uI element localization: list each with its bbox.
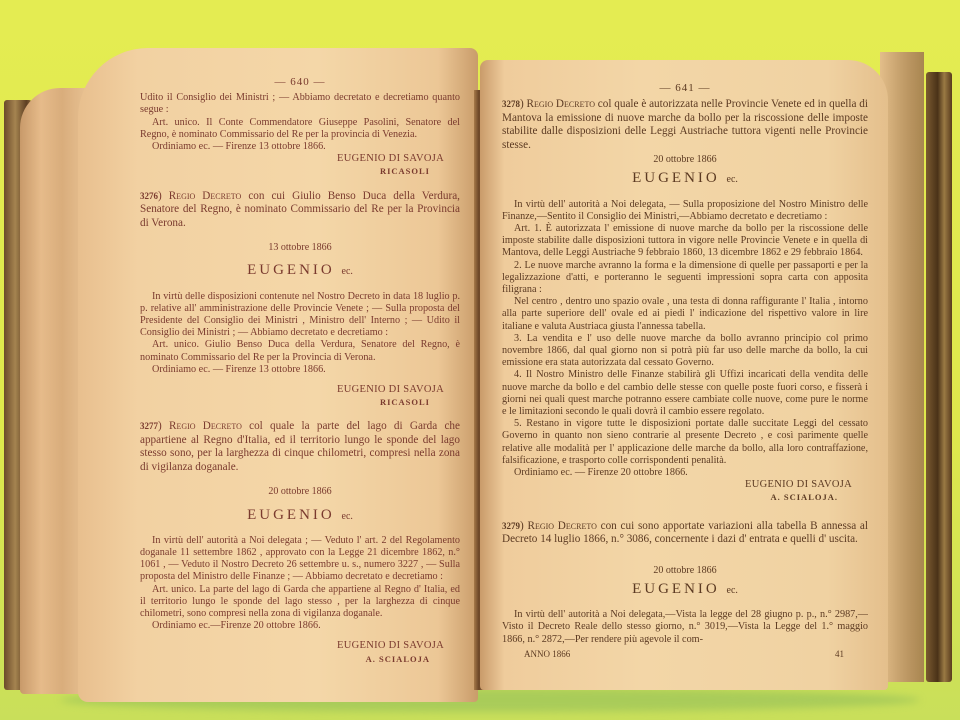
page-number-right: — 641 —: [502, 82, 868, 94]
footer-year: ANNO 1866: [524, 648, 570, 660]
open-book-photo: — 640 — Udito il Consiglio dei Ministri …: [0, 0, 960, 720]
decree-heading-3279: 3279) Regio Decreto con cui sono apporta…: [502, 520, 868, 547]
decree-date: 20 ottobre 1866: [502, 565, 868, 577]
right-page: — 641 — 3278) Regio Decreto col quale è …: [480, 60, 888, 690]
decree-preamble: In virtù dell' autorità a Noi delegata ;…: [140, 535, 460, 584]
decree-article: Art. unico. La parte del lago di Garda c…: [140, 584, 460, 621]
countersignature: A. SCIALOJA.: [502, 491, 838, 503]
signature: EUGENIO DI SAVOJA: [140, 640, 444, 652]
signature: EUGENIO DI SAVOJA: [502, 479, 852, 491]
decree-heading-3277: 3277) Regio Decreto col quale la parte d…: [140, 420, 460, 474]
decree-ordiniamo: Ordiniamo ec.—Firenze 20 ottobre 1866.: [140, 620, 460, 632]
decree-heading-3278: 3278) Regio Decreto col quale è autorizz…: [502, 98, 868, 152]
sovereign-heading: EUGENIO ec.: [502, 583, 868, 597]
decree-article-4: 4. Il Nostro Ministro delle Finanze stab…: [502, 369, 868, 418]
decree-preamble: In virtù delle disposizioni contenute ne…: [140, 291, 460, 340]
countersignature: A. SCIALOJA: [140, 653, 430, 665]
sovereign-heading: EUGENIO ec.: [502, 172, 868, 186]
signature: EUGENIO DI SAVOJA: [140, 384, 444, 396]
decree-article-2: 2. Le nuove marche avranno la forma e la…: [502, 260, 868, 297]
decree-article-3: 3. La vendita e l' uso delle nuove march…: [502, 333, 868, 370]
page-number-left: — 640 —: [140, 76, 460, 88]
decree-preamble: In virtù dell' autorità a Noi delegata,—…: [502, 609, 868, 646]
decree-ordiniamo: Ordiniamo ec. — Firenze 20 ottobre 1866.: [502, 467, 868, 479]
decree-article-2b: Nel centro , dentro uno spazio ovale , u…: [502, 296, 868, 333]
countersignature: RICASOLI: [140, 165, 430, 177]
decree-ordiniamo: Ordiniamo ec. — Firenze 13 ottobre 1866.: [140, 364, 460, 376]
decree-article-1: Art. 1. È autorizzata l' emissione di nu…: [502, 223, 868, 260]
decree-date: 20 ottobre 1866: [140, 486, 460, 498]
page-footer: ANNO 1866 41: [524, 648, 844, 660]
book-cover-right-edge: [926, 72, 952, 682]
countersignature: RICASOLI: [140, 396, 430, 408]
decree-article: Art. unico. Giulio Benso Duca della Verd…: [140, 339, 460, 363]
decree-date: 13 ottobre 1866: [140, 242, 460, 254]
decree-preamble: In virtù dell' autorità a Noi delegata, …: [502, 199, 868, 223]
top-fragment: Udito il Consiglio dei Ministri ; — Abbi…: [140, 92, 460, 116]
left-page: — 640 — Udito il Consiglio dei Ministri …: [78, 48, 478, 702]
decree-date: 20 ottobre 1866: [502, 154, 868, 166]
decree-heading-3276: 3276) Regio Decreto con cui Giulio Benso…: [140, 190, 460, 231]
top-article: Art. unico. Il Conte Commendatore Giusep…: [140, 117, 460, 141]
decree-article-5: 5. Restano in vigore tutte le disposizio…: [502, 418, 868, 467]
signature: EUGENIO DI SAVOJA: [140, 153, 444, 165]
signature-mark: 41: [835, 648, 844, 660]
top-ordiniamo: Ordiniamo ec. — Firenze 13 ottobre 1866.: [140, 141, 460, 153]
sovereign-heading: EUGENIO ec.: [140, 509, 460, 523]
sovereign-heading: EUGENIO ec.: [140, 264, 460, 278]
